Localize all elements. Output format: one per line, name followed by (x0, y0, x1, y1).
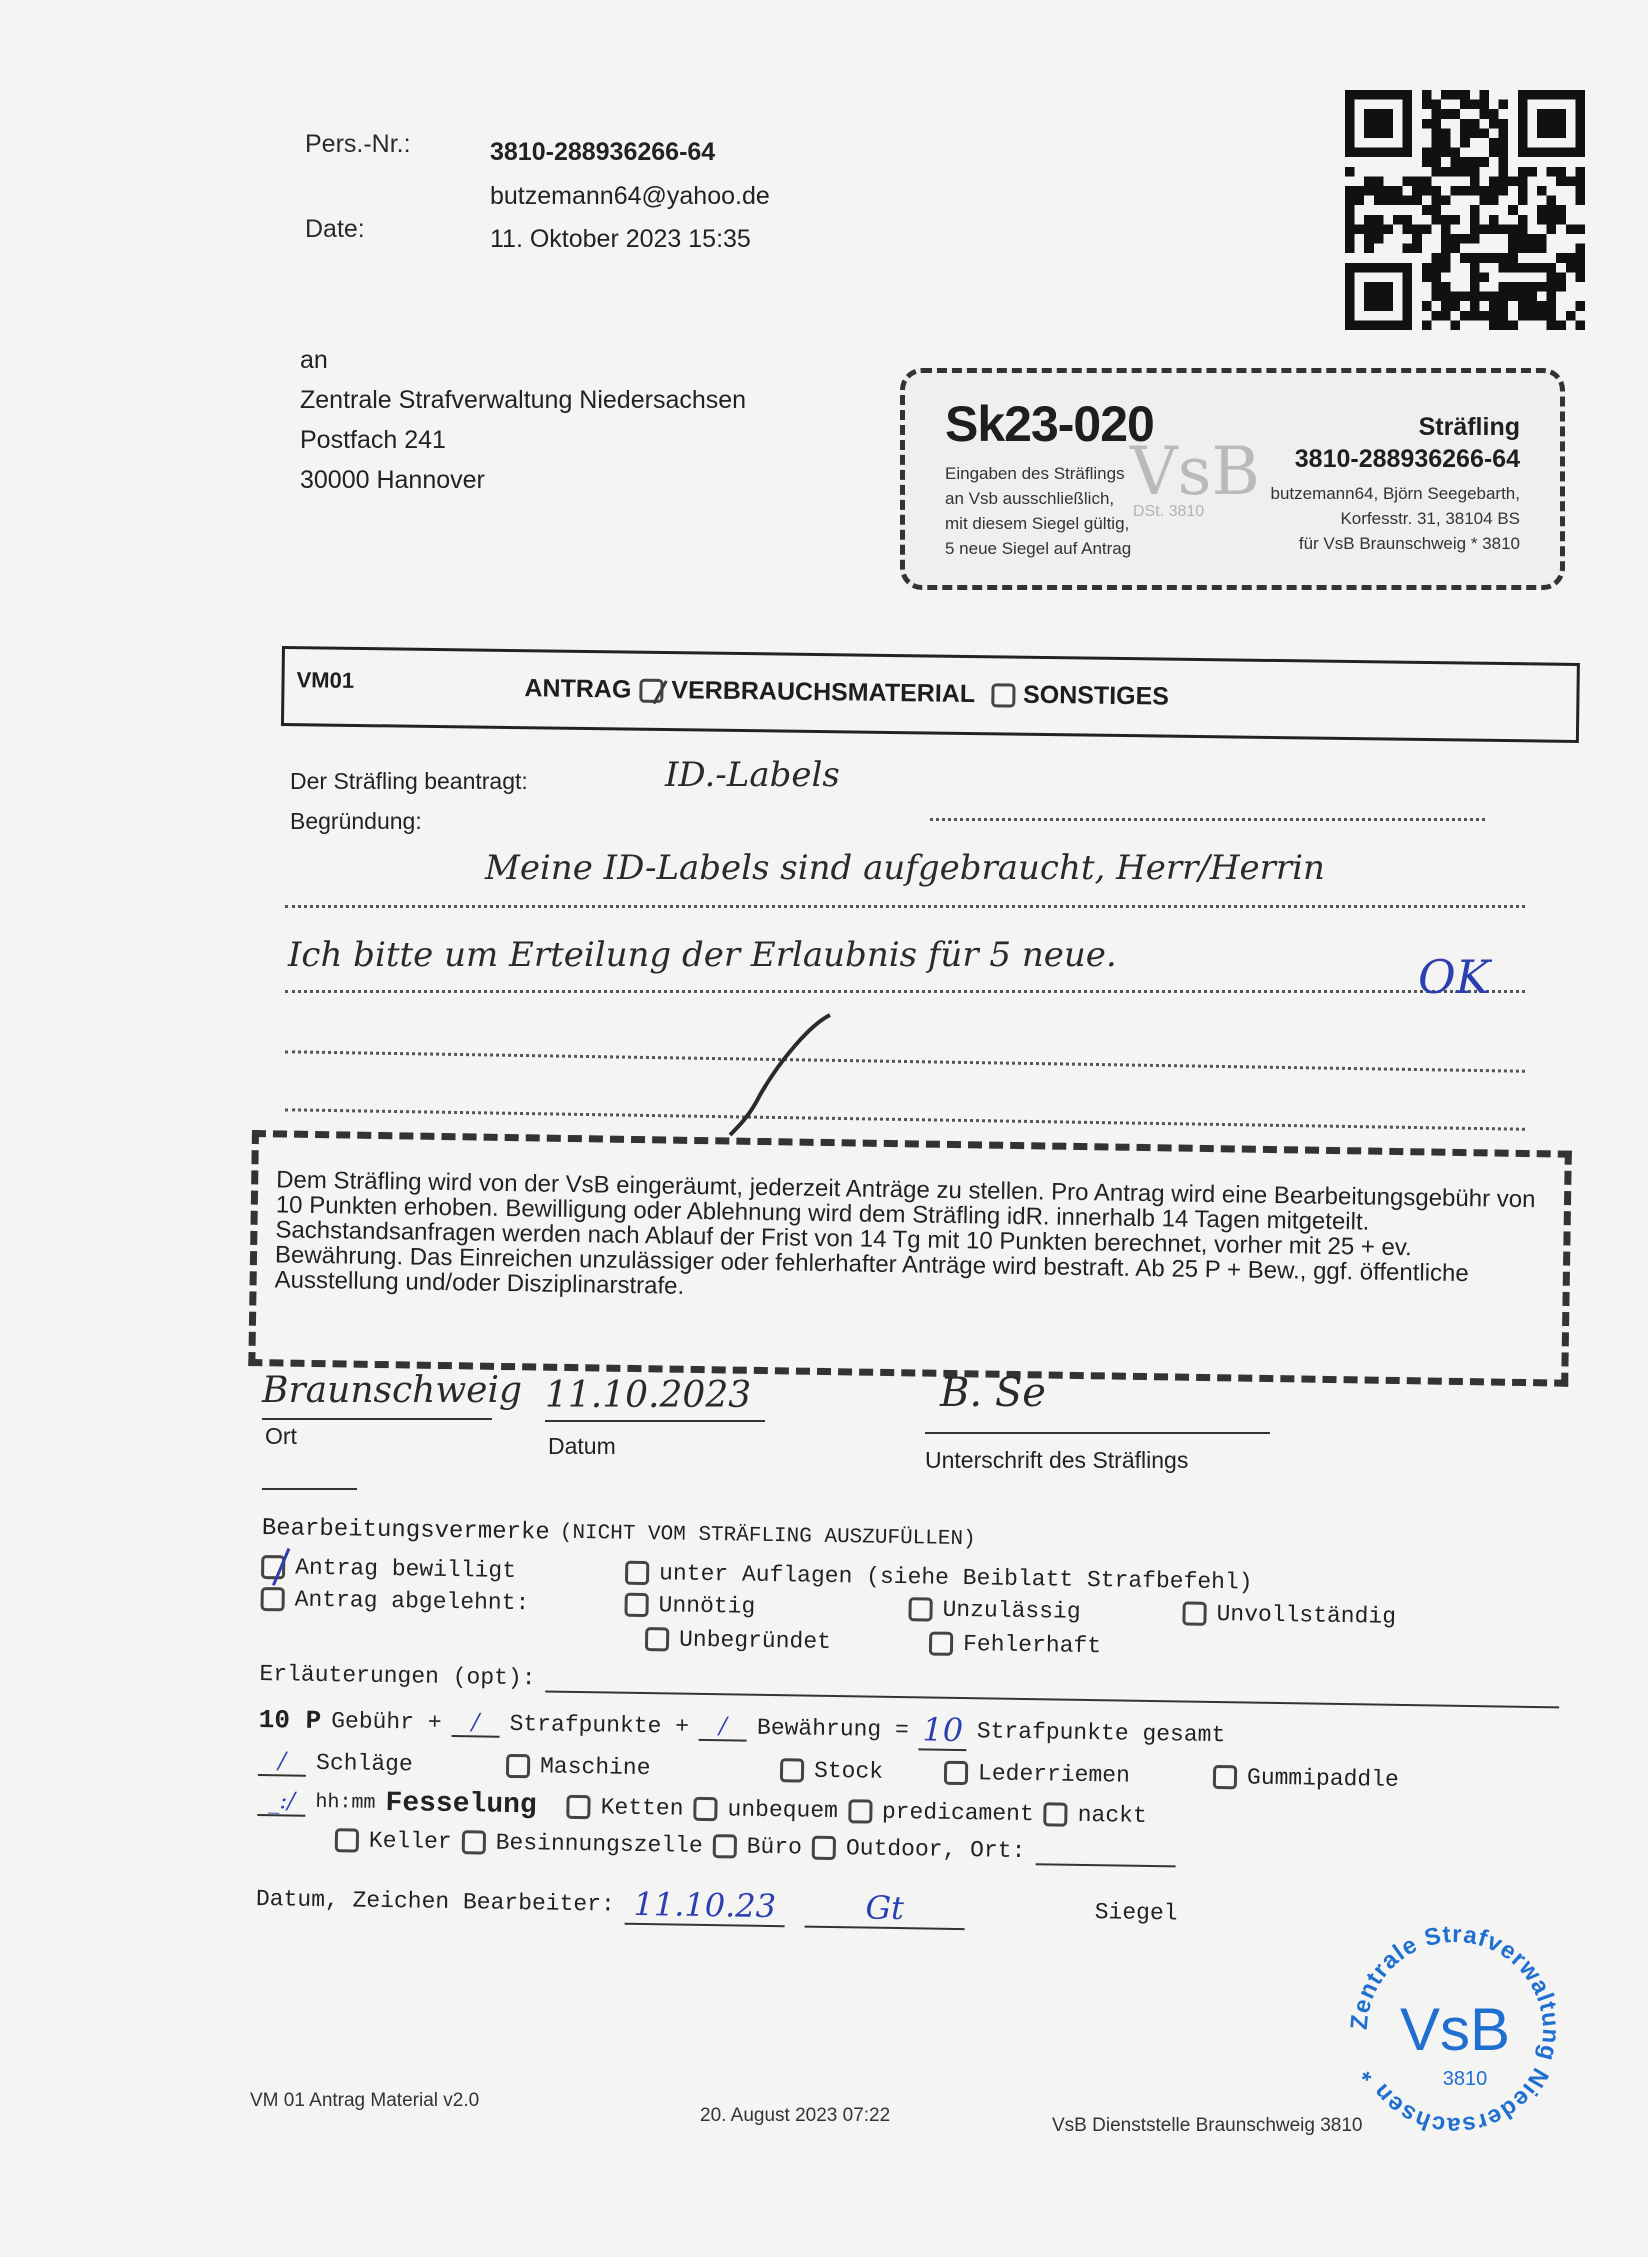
fesselung-time-label: hh:mm (315, 1791, 375, 1815)
dotted-line (285, 1050, 1525, 1072)
nackt-checkbox[interactable] (1044, 1802, 1068, 1826)
address-line-3: 30000 Hannover (300, 460, 746, 500)
datum-value[interactable]: 11.10.2023 (545, 1375, 751, 1416)
beantragt-label: Der Sträfling beantragt: (290, 768, 528, 795)
unterschrift-label: Unterschrift des Sträflings (925, 1447, 1188, 1474)
siegel-label: Siegel (1095, 1899, 1178, 1926)
date-label: Date: (305, 215, 365, 244)
address-line-2: Postfach 241 (300, 420, 746, 460)
dotted-line (285, 905, 1525, 908)
maschine-label: Maschine (540, 1753, 770, 1783)
qr-code-icon (1345, 90, 1585, 330)
reason-unvollstaendig-label: Unvollständig (1216, 1601, 1396, 1630)
abgelehnt-label: Antrag abgelehnt: (294, 1587, 614, 1618)
form-version: VM 01 Antrag Material v2.0 (250, 2090, 479, 2112)
stamp-code: Sk23-020 (945, 395, 1154, 453)
besinnungszelle-checkbox[interactable] (462, 1830, 486, 1854)
ort-value[interactable]: Braunschweig (262, 1370, 522, 1411)
processing-title: Bearbeitungsvermerke (262, 1515, 550, 1547)
lederriemen-label: Lederriemen (978, 1760, 1203, 1790)
strafpunkte-label: Strafpunkte + (509, 1711, 689, 1740)
verbrauchsmaterial-checkbox[interactable] (639, 678, 663, 702)
begruendung-line-2[interactable]: Ich bitte um Erteilung der Erlaubnis für… (288, 935, 1117, 975)
strike-through-mark (660, 1000, 860, 1140)
stamp-right-line: butzemann64, Björn Seegebarth, (1270, 481, 1520, 506)
beantragt-value[interactable]: ID.-Labels (665, 755, 840, 795)
begruendung-line-1[interactable]: Meine ID-Labels sind aufgebraucht, Herr/… (485, 848, 1325, 888)
stamp-watermark-sub: DSt. 3810 (1133, 503, 1204, 521)
schlaege-field[interactable]: / (258, 1748, 306, 1777)
outdoor-label: Outdoor, Ort: (846, 1835, 1026, 1864)
ort-label: Ort (265, 1423, 297, 1450)
erlaeuterungen-label: Erläuterungen (opt): (259, 1661, 535, 1691)
reason-unvollstaendig-checkbox[interactable] (1182, 1601, 1206, 1625)
bewilligt-checkbox[interactable] (261, 1555, 285, 1579)
form-type-banner: VM01 ANTRAG VERBRAUCHSMATERIAL SONSTIGES (281, 646, 1580, 743)
unbequem-checkbox[interactable] (693, 1796, 717, 1820)
address-line-1: Zentrale Strafverwaltung Niedersachsen (300, 380, 746, 420)
reason-unbegruendet-label: Unbegründet (679, 1627, 919, 1657)
bearbeiter-sign[interactable]: Gt (804, 1888, 965, 1931)
dotted-line (285, 1108, 1525, 1130)
stamp-right-line: für VsB Braunschweig * 3810 (1270, 531, 1520, 556)
dotted-line (285, 990, 1525, 993)
buero-checkbox[interactable] (713, 1834, 737, 1858)
gummipaddle-label: Gummipaddle (1247, 1765, 1399, 1793)
approval-note: OK (1418, 950, 1490, 1004)
strafpunkte-field[interactable]: / (451, 1709, 499, 1738)
bewaehrung-label: Bewährung = (757, 1715, 909, 1743)
stamp-left-text: Eingaben des Sträflings an Vsb ausschlie… (945, 461, 1131, 561)
begruendung-label: Begründung: (290, 808, 422, 835)
outdoor-ort-field[interactable] (1035, 1837, 1175, 1867)
unterschrift-line (925, 1432, 1270, 1434)
ketten-label: Ketten (601, 1794, 684, 1821)
stock-checkbox[interactable] (780, 1758, 804, 1782)
bewilligt-label: Antrag bewilligt (295, 1555, 615, 1586)
official-seal: Zentrale Strafverwaltung Niedersachsen *… (1340, 1915, 1570, 2145)
reason-fehlerhaft-label: Fehlerhaft (963, 1631, 1101, 1659)
email: butzemann64@yahoo.de (490, 182, 770, 211)
seal-number: 3810 (1443, 2068, 1488, 2090)
stamp-right-line: Korfesstr. 31, 38104 BS (1270, 506, 1520, 531)
reason-unnoetig-checkbox[interactable] (624, 1593, 648, 1617)
office-name: VsB Dienststelle Braunschweig 3810 (1052, 2115, 1363, 2137)
fee-value: 10 P (259, 1705, 322, 1736)
datum-label: Datum (548, 1433, 616, 1460)
nackt-label: nackt (1078, 1801, 1147, 1828)
fesselung-time-field[interactable]: _:/ (257, 1787, 305, 1816)
reason-unbegruendet-checkbox[interactable] (645, 1627, 669, 1651)
sonstiges-label: SONSTIGES (1023, 681, 1169, 712)
antrag-options: ANTRAG VERBRAUCHSMATERIAL SONSTIGES (524, 674, 1169, 711)
stamp-right-text: butzemann64, Björn Seegebarth, Korfesstr… (1270, 481, 1520, 556)
processing-section: Bearbeitungsvermerke (NICHT VOM STRÄFLIN… (256, 1515, 1562, 1939)
prisoner-stamp-card: VsB DSt. 3810 Sk23-020 Eingaben des Strä… (900, 368, 1565, 590)
lederriemen-checkbox[interactable] (944, 1761, 968, 1785)
seal-center-text: VsB (1400, 1996, 1510, 2063)
fee-label: Gebühr + (331, 1708, 442, 1736)
sonstiges-checkbox[interactable] (991, 683, 1015, 707)
auflagen-checkbox[interactable] (625, 1561, 649, 1585)
recipient-address: an Zentrale Strafverwaltung Niedersachse… (300, 340, 746, 500)
schlaege-label: Schläge (316, 1750, 496, 1779)
abgelehnt-checkbox[interactable] (260, 1587, 284, 1611)
reason-unzulaessig-label: Unzulässig (942, 1597, 1172, 1627)
notice-box: Dem Sträfling wird von der VsB eingeräum… (248, 1130, 1572, 1387)
notice-text: Dem Sträfling wird von der VsB eingeräum… (274, 1167, 1542, 1312)
pers-nr-label: Pers.-Nr.: (305, 130, 411, 159)
bewaehrung-field[interactable]: / (699, 1713, 747, 1742)
datum-line (545, 1420, 765, 1422)
stamp-title: Sträfling (1419, 413, 1520, 442)
verbrauchsmaterial-label: VERBRAUCHSMATERIAL (671, 676, 975, 709)
keller-label: Keller (369, 1828, 452, 1855)
total-field[interactable]: 10 (918, 1710, 967, 1751)
erlaeuterungen-field[interactable] (545, 1664, 1559, 1708)
total-label: Strafpunkte gesamt (977, 1718, 1226, 1748)
reason-unzulaessig-checkbox[interactable] (908, 1597, 932, 1621)
gummipaddle-checkbox[interactable] (1213, 1765, 1237, 1789)
outdoor-checkbox[interactable] (812, 1836, 836, 1860)
pers-nr-value: 3810-288936266-64 (490, 138, 715, 167)
form-date: 20. August 2023 07:22 (700, 2105, 890, 2127)
stamp-left-line: 5 neue Siegel auf Antrag (945, 536, 1131, 561)
ketten-checkbox[interactable] (567, 1794, 591, 1818)
auflagen-label: unter Auflagen (siehe Beiblatt Strafbefe… (659, 1560, 1253, 1595)
stamp-left-line: Eingaben des Sträflings (945, 461, 1131, 486)
predicament-label: predicament (882, 1798, 1034, 1826)
form-code: VM01 (296, 667, 354, 694)
ort-line (262, 1418, 492, 1420)
buero-label: Büro (747, 1834, 803, 1861)
unbequem-label: unbequem (727, 1796, 838, 1824)
stock-label: Stock (814, 1758, 934, 1786)
reason-fehlerhaft-checkbox[interactable] (929, 1631, 953, 1655)
dotted-line (930, 818, 1485, 821)
bearbeiter-date[interactable]: 11.10.23 (624, 1885, 785, 1928)
bearbeiter-label: Datum, Zeichen Bearbeiter: (256, 1886, 615, 1918)
unterschrift-value[interactable]: B. Se (940, 1370, 1046, 1416)
antrag-label: ANTRAG (524, 674, 631, 704)
stamp-left-line: mit diesem Siegel gültig, (945, 511, 1131, 536)
processing-subtitle: (NICHT VOM STRÄFLING AUSZUFÜLLEN) (560, 1522, 976, 1552)
keller-checkbox[interactable] (335, 1828, 359, 1852)
stamp-left-line: an Vsb ausschließlich, (945, 486, 1131, 511)
besinnungszelle-label: Besinnungszelle (496, 1830, 703, 1859)
stamp-id: 3810-288936266-64 (1295, 445, 1520, 474)
maschine-checkbox[interactable] (506, 1754, 530, 1778)
separator-line (262, 1488, 357, 1490)
reason-unnoetig-label: Unnötig (658, 1592, 898, 1622)
address-prefix: an (300, 340, 746, 380)
fesselung-label: Fesselung (385, 1788, 537, 1821)
predicament-checkbox[interactable] (848, 1799, 872, 1823)
date-value: 11. Oktober 2023 15:35 (490, 225, 751, 254)
